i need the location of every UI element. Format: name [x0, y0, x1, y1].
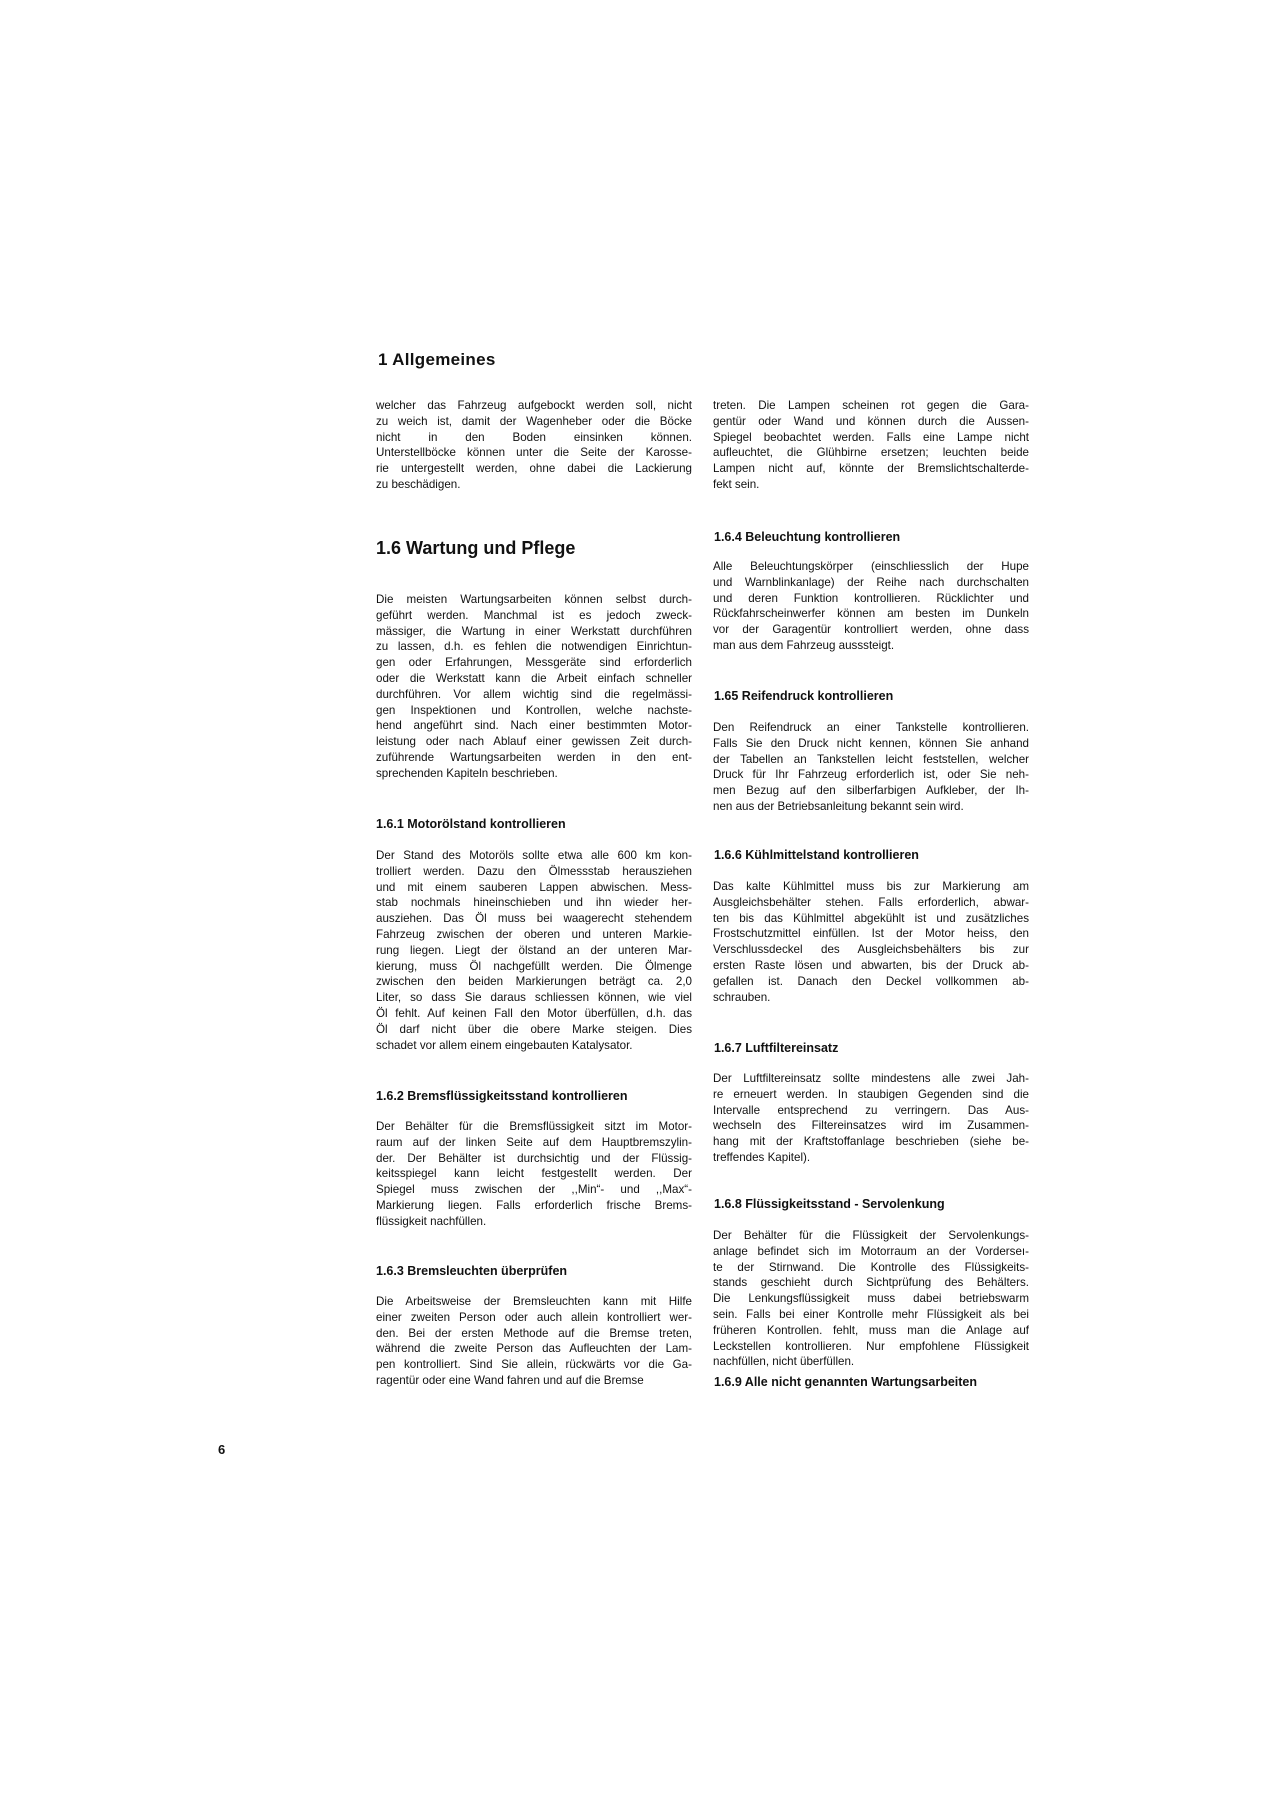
text-line: nachfüllen, nicht überfüllen.	[713, 1354, 1029, 1370]
text-line: Öl fehlt. Auf keinen Fall den Motor über…	[376, 1006, 692, 1022]
page-number: 6	[218, 1442, 225, 1457]
text-line: mässiger, die Wartung in einer Werkstatt…	[376, 624, 692, 640]
text-line: sein. Falls bei einer Kontrolle mehr Flü…	[713, 1307, 1029, 1323]
text-line: rung liegen. Liegt der ölstand an der un…	[376, 943, 692, 959]
chapter-heading: 1 Allgemeines	[378, 350, 496, 370]
text-line: sprechenden Kapiteln beschrieben.	[376, 766, 692, 782]
text-line: nicht in den Boden einsinken können.	[376, 430, 692, 446]
text-line: vor der Garagentür kontrolliert werden, …	[713, 622, 1029, 638]
text-line: Der Stand des Motoröls sollte etwa alle …	[376, 848, 692, 864]
text-line: schadet vor allem einem eingebauten Kata…	[376, 1038, 692, 1054]
text-line: man aus dem Fahrzeug ausssteigt.	[713, 638, 1029, 654]
text-line: men Bezug auf den silberfarbigen Aufkleb…	[713, 783, 1029, 799]
text-line: Fahrzeug zwischen der oberen und unteren…	[376, 927, 692, 943]
section-title-1-6-6: 1.6.6 Kühlmittelstand kontrollieren	[714, 848, 919, 862]
section-1-6-body: Die meisten Wartungsarbeiten können selb…	[376, 592, 692, 782]
text-line: geführt werden. Manchmal ist es jedoch z…	[376, 608, 692, 624]
text-line: Verschlussdeckel des Ausgleichsbehälters…	[713, 942, 1029, 958]
text-line: leistung oder nach Ablauf einer gewissen…	[376, 734, 692, 750]
text-line: anlage befindet sich im Motorraum an der…	[713, 1244, 1029, 1260]
section-title-1-6-1: 1.6.1 Motorölstand kontrollieren	[376, 817, 566, 831]
text-line: Öl darf nicht über die obere Marke steig…	[376, 1022, 692, 1038]
section-title-1-6-2: 1.6.2 Bremsflüssigkeitsstand kontrollier…	[376, 1089, 627, 1103]
text-line: welcher das Fahrzeug aufgebockt werden s…	[376, 398, 692, 414]
section-1-6-3-body: Die Arbeitsweise der Bremsleuchten kann …	[376, 1294, 692, 1389]
text-line: Intervalle entsprechend zu verringern. D…	[713, 1103, 1029, 1119]
text-line: ersten Raste lösen und abwarten, bis der…	[713, 958, 1029, 974]
text-line: Liter, so dass Sie daraus schliessen kön…	[376, 990, 692, 1006]
text-line: gefallen ist. Danach den Deckel vollkomm…	[713, 974, 1029, 990]
text-line: te der Stirnwand. Die Kontrolle des Flüs…	[713, 1260, 1029, 1276]
text-line: stab nochmals hineinschieben und ihn wie…	[376, 895, 692, 911]
text-line: flüssigkeit nachfüllen.	[376, 1214, 692, 1230]
text-line: rie untergestellt werden, ohne dabei die…	[376, 461, 692, 477]
text-line: Spiegel beobachtet werden. Falls eine La…	[713, 430, 1029, 446]
text-line: hend angeführt sind. Nach einer bestimmt…	[376, 718, 692, 734]
text-line: zu weich ist, damit der Wagenheber oder …	[376, 414, 692, 430]
text-line: früheren Kontrollen. fehlt, muss man die…	[713, 1323, 1029, 1339]
text-line: und Warnblinkanlage) der Reihe nach durc…	[713, 575, 1029, 591]
text-line: kierung, muss Öl nachgefüllt werden. Die…	[376, 959, 692, 975]
section-1-6-1-body: Der Stand des Motoröls sollte etwa alle …	[376, 848, 692, 1053]
section-1-6-7-body: Der Luftfiltereinsatz sollte mindestens …	[713, 1071, 1029, 1166]
text-line: Der Luftfiltereinsatz sollte mindestens …	[713, 1071, 1029, 1087]
intro-paragraph: welcher das Fahrzeug aufgebockt werden s…	[376, 398, 692, 493]
text-line: keitsspiegel kann leicht festgestellt we…	[376, 1166, 692, 1182]
text-line: zu lassen, d.h. es fehlen die notwendige…	[376, 639, 692, 655]
text-line: wechseln des Filtereinsatzes wird im Zus…	[713, 1118, 1029, 1134]
text-line: Das kalte Kühlmittel muss bis zur Markie…	[713, 879, 1029, 895]
text-line: den. Bei der ersten Methode auf die Brem…	[376, 1326, 692, 1342]
text-line: oder die Werkstatt kann die Arbeit einfa…	[376, 671, 692, 687]
text-line: Unterstellböcke können unter die Seite d…	[376, 445, 692, 461]
text-line: der. Der Behälter ist durchsichtig und d…	[376, 1151, 692, 1167]
section-title-1-6-8: 1.6.8 Flüssigkeitsstand - Servolenkung	[714, 1197, 945, 1211]
text-line: pen kontrolliert. Sind Sie allein, rückw…	[376, 1357, 692, 1373]
section-1-6-5-body: Den Reifendruck an einer Tankstelle kont…	[713, 720, 1029, 815]
text-line: treffendes Kapitel).	[713, 1150, 1029, 1166]
text-line: und deren Funktion kontrollieren. Rückli…	[713, 591, 1029, 607]
section-title-1-6-9: 1.6.9 Alle nicht genannten Wartungsarbei…	[714, 1375, 977, 1389]
text-line: zu beschädigen.	[376, 477, 692, 493]
text-line: zwischen den beiden Markierungen beträgt…	[376, 974, 692, 990]
section-title-1-6-5: 1.65 Reifendruck kontrollieren	[714, 689, 893, 703]
text-line: stands geschieht durch Sichtprüfung des …	[713, 1275, 1029, 1291]
section-1-6-8-body: Der Behälter für die Flüssigkeit der Ser…	[713, 1228, 1029, 1370]
text-line: einer zweiten Person oder auch allein ko…	[376, 1310, 692, 1326]
text-line: schrauben.	[713, 990, 1029, 1006]
section-1-6-6-body: Das kalte Kühlmittel muss bis zur Markie…	[713, 879, 1029, 1005]
section-1-6-2-body: Der Behälter für die Bremsflüssigkeit si…	[376, 1119, 692, 1230]
text-line: Leckstellen kontrollieren. Nur empfohlen…	[713, 1339, 1029, 1355]
text-line: Der Behälter für die Bremsflüssigkeit si…	[376, 1119, 692, 1135]
text-line: ten bis das Kühlmittel abgekühlt ist und…	[713, 911, 1029, 927]
text-line: re erneuert werden. In staubigen Gegende…	[713, 1087, 1029, 1103]
text-line: Alle Beleuchtungskörper (einschliesslich…	[713, 559, 1029, 575]
text-line: Lampen nicht auf, könnte der Bremslichts…	[713, 461, 1029, 477]
text-line: Markierung liegen. Falls erforderlich fr…	[376, 1198, 692, 1214]
text-line: nen aus der Betriebsanleitung bekannt se…	[713, 799, 1029, 815]
section-1-6-4-body: Alle Beleuchtungskörper (einschliesslich…	[713, 559, 1029, 654]
section-title-1-6-7: 1.6.7 Luftfiltereinsatz	[714, 1041, 838, 1055]
section-title-1-6: 1.6 Wartung und Pflege	[376, 538, 575, 559]
text-line: ausziehen. Das Öl muss bei waagerecht st…	[376, 911, 692, 927]
text-line: ragentür oder eine Wand fahren und auf d…	[376, 1373, 692, 1389]
section-title-1-6-3: 1.6.3 Bremsleuchten überprüfen	[376, 1264, 567, 1278]
section-title-1-6-4: 1.6.4 Beleuchtung kontrollieren	[714, 530, 900, 544]
text-line: aufleuchtet, die Glühbirne ersetzen; leu…	[713, 445, 1029, 461]
text-line: Falls Sie den Druck nicht kennen, können…	[713, 736, 1029, 752]
text-line: treten. Die Lampen scheinen rot gegen di…	[713, 398, 1029, 414]
text-line: hang mit der Kraftstoffanlage beschriebe…	[713, 1134, 1029, 1150]
text-line: Rückfahrscheinwerfer können am besten im…	[713, 606, 1029, 622]
text-line: der Tabellen an Tankstellen leicht fests…	[713, 752, 1029, 768]
text-line: Die meisten Wartungsarbeiten können selb…	[376, 592, 692, 608]
text-line: raum auf der linken Seite auf dem Hauptb…	[376, 1135, 692, 1151]
text-line: Der Behälter für die Flüssigkeit der Ser…	[713, 1228, 1029, 1244]
text-line: gentür oder Wand und können durch die Au…	[713, 414, 1029, 430]
text-line: fekt sein.	[713, 477, 1029, 493]
text-line: gen oder Erfahrungen, Messgeräte sind er…	[376, 655, 692, 671]
text-line: Den Reifendruck an einer Tankstelle kont…	[713, 720, 1029, 736]
text-line: während die zweite Person das Aufleuchte…	[376, 1341, 692, 1357]
text-line: zuführende Wartungsarbeiten werden in de…	[376, 750, 692, 766]
text-line: und mit einem sauberen Lappen abwischen.…	[376, 880, 692, 896]
text-line: trolliert werden. Dazu den Ölmessstab he…	[376, 864, 692, 880]
text-line: Frostschutzmittel einfüllen. Ist der Mot…	[713, 926, 1029, 942]
text-line: gen Inspektionen und Kontrollen, welche …	[376, 703, 692, 719]
text-line: durchführen. Vor allem wichtig sind die …	[376, 687, 692, 703]
text-line: Spiegel muss zwischen der ,,Min“- und ,,…	[376, 1182, 692, 1198]
text-line: Druck für Ihr Fahrzeug erforderlich ist,…	[713, 767, 1029, 783]
text-line: Die Arbeitsweise der Bremsleuchten kann …	[376, 1294, 692, 1310]
text-line: Die Lenkungsflüssigkeit muss dabei betri…	[713, 1291, 1029, 1307]
continuation-paragraph: treten. Die Lampen scheinen rot gegen di…	[713, 398, 1029, 493]
text-line: Ausgleichsbehälter stehen. Falls erforde…	[713, 895, 1029, 911]
